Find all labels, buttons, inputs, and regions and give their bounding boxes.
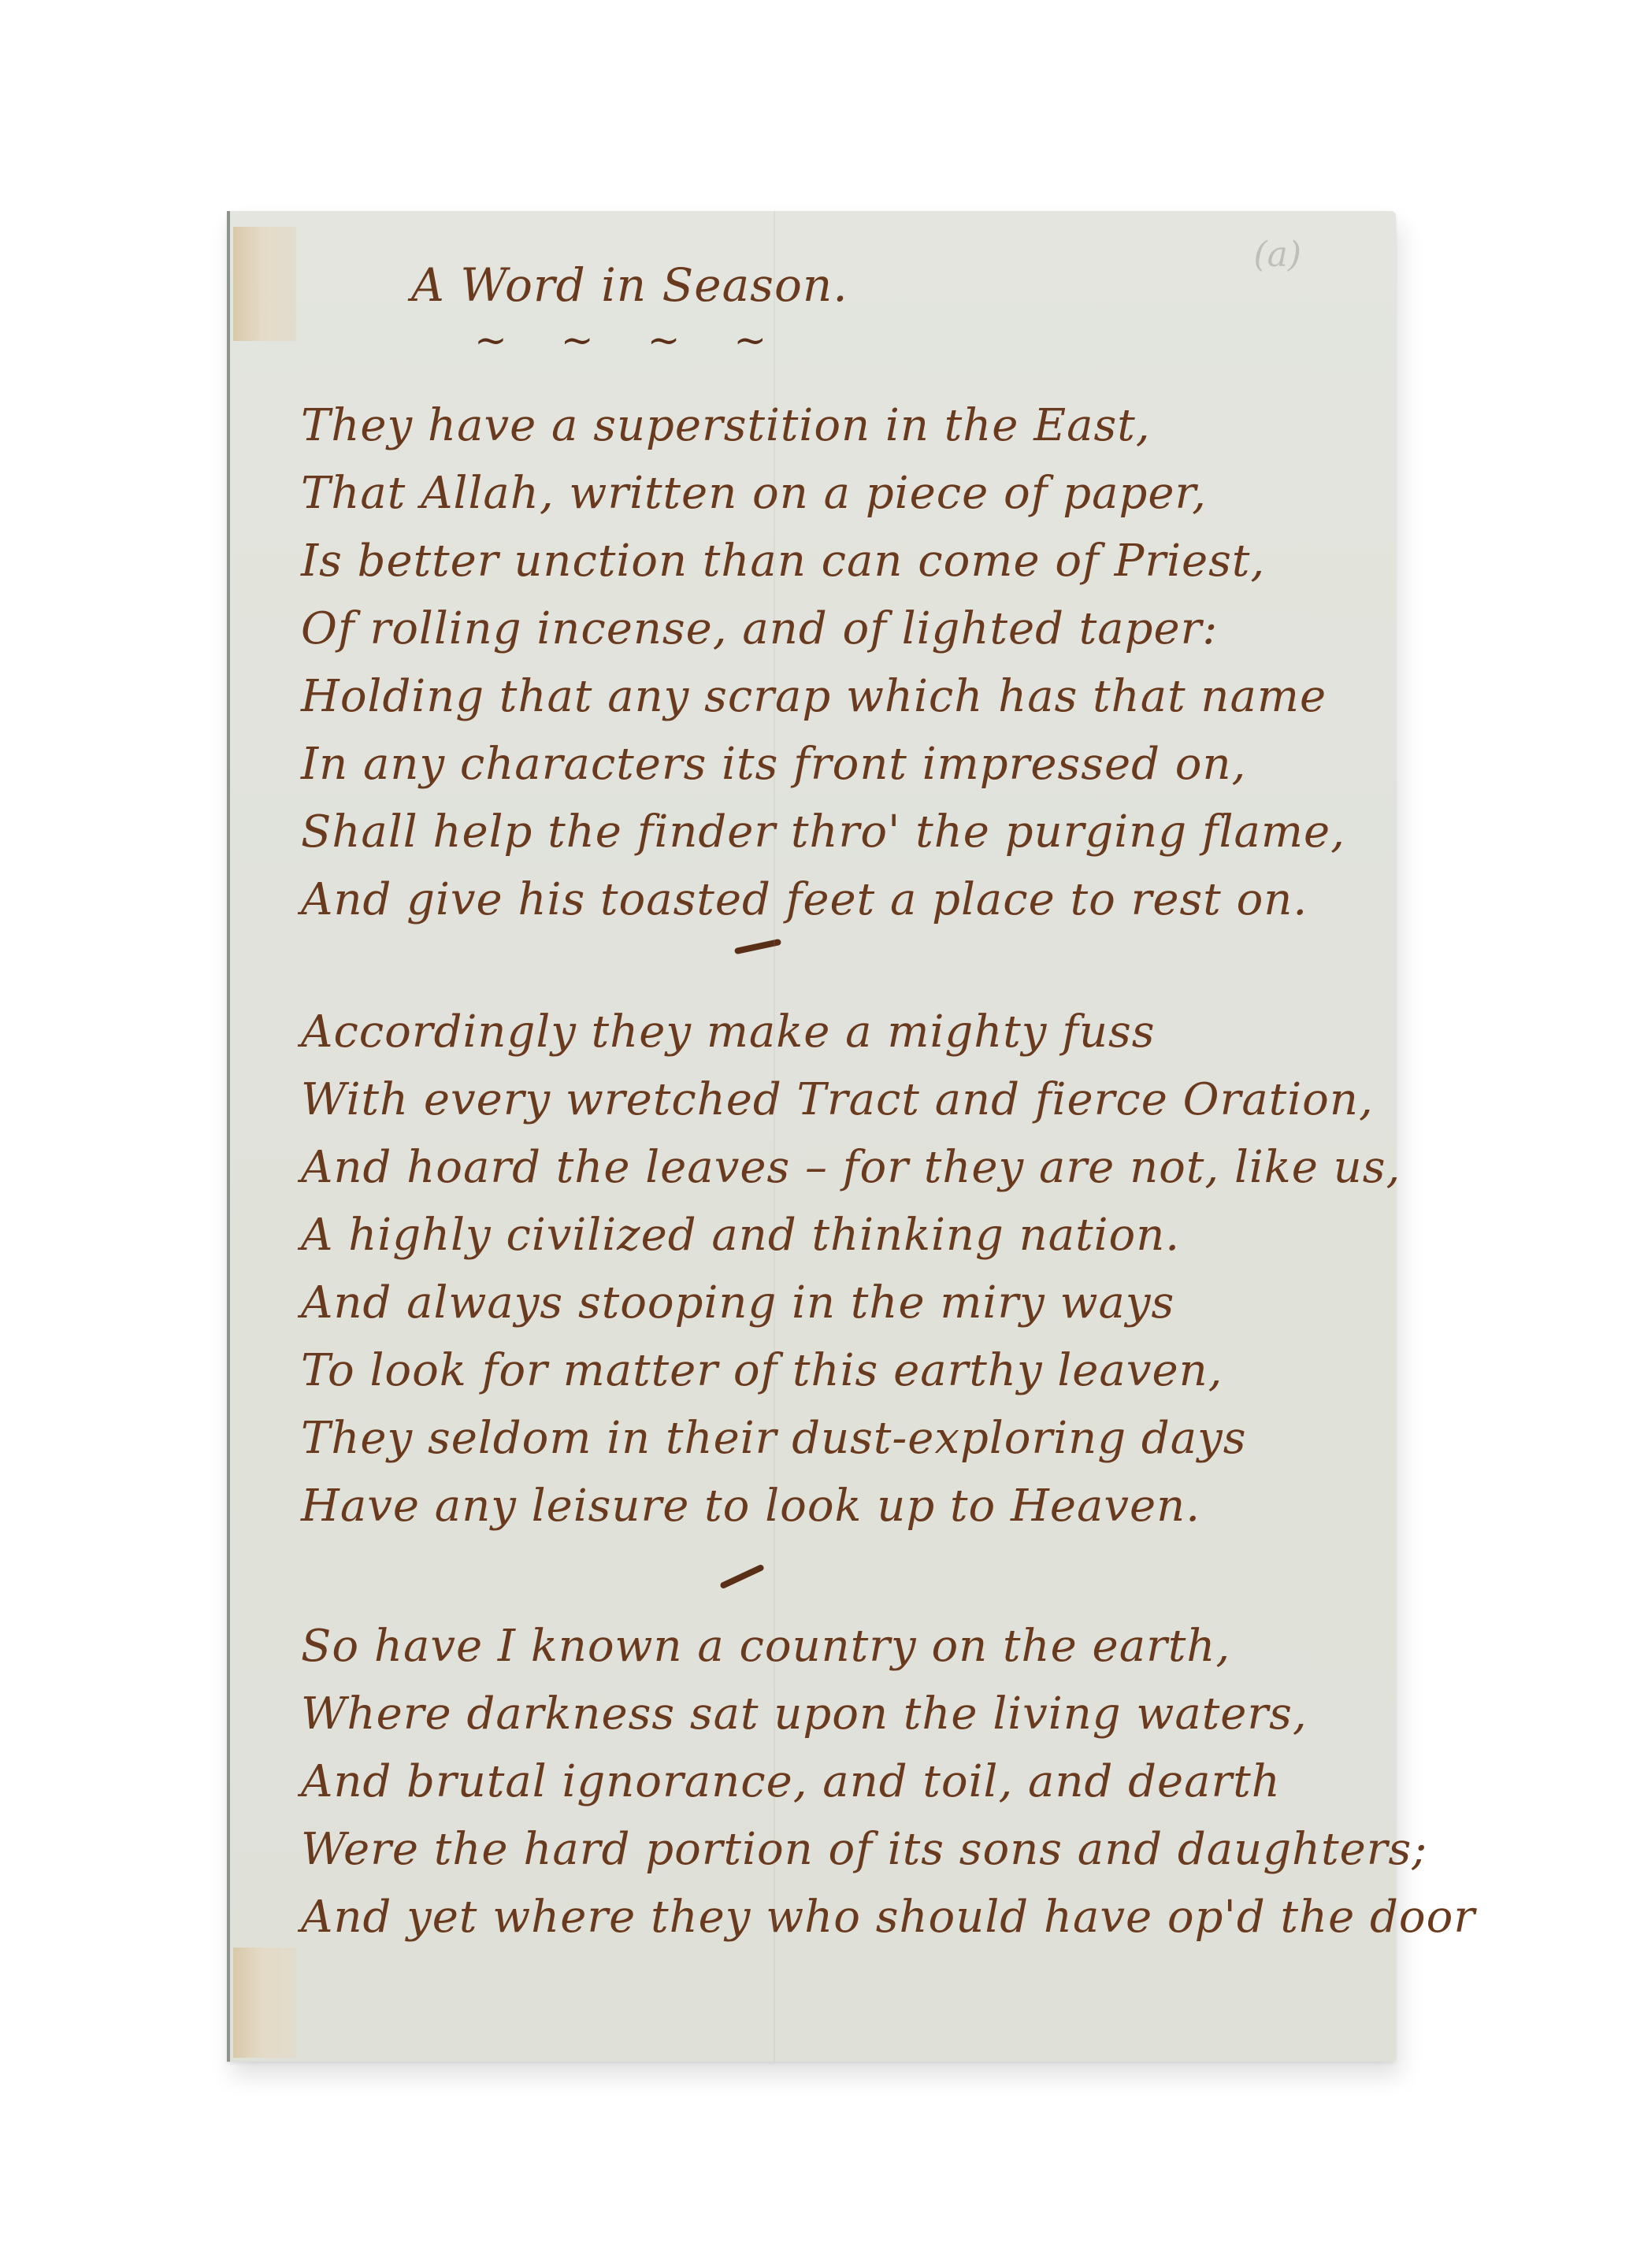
manuscript-page: (a) A Word in Season. ~ ~ ~ ~ They have …	[227, 211, 1396, 2062]
poem-line: And always stooping in the miry ways	[301, 1269, 1372, 1337]
poem-line: And give his toasted feet a place to res…	[301, 866, 1372, 934]
poem-line: Of rolling incense, and of lighted taper…	[301, 595, 1372, 663]
poem-line: So have I known a country on the earth,	[301, 1613, 1372, 1681]
stanza-3: So have I known a country on the earth, …	[301, 1613, 1372, 1951]
poem-line: Holding that any scrap which has that na…	[301, 663, 1372, 731]
poem-line: And hoard the leaves – for they are not,…	[301, 1134, 1372, 1202]
poem-line: And brutal ignorance, and toil, and dear…	[301, 1748, 1372, 1816]
poem-line: A highly civilized and thinking nation.	[301, 1202, 1372, 1269]
poem-title: A Word in Season.	[411, 258, 848, 312]
title-flourish: ~ ~ ~ ~	[474, 317, 767, 363]
poem-line: Have any leisure to look up to Heaven.	[301, 1473, 1372, 1540]
stanza-separator	[719, 1564, 765, 1590]
stanza-2: Accordingly they make a mighty fuss With…	[301, 999, 1372, 1540]
poem-line: And yet where they who should have op'd …	[301, 1884, 1372, 1951]
poem-line: Shall help the finder thro' the purging …	[301, 799, 1372, 866]
pencil-annotation: (a)	[1253, 235, 1301, 275]
poem-line: With every wretched Tract and fierce Ora…	[301, 1066, 1372, 1134]
poem-line: Where darkness sat upon the living water…	[301, 1681, 1372, 1748]
poem-line: In any characters its front impressed on…	[301, 731, 1372, 799]
poem-line: To look for matter of this earthy leaven…	[301, 1337, 1372, 1405]
poem-line: Is better unction than can come of Pries…	[301, 528, 1372, 595]
poem-line: That Allah, written on a piece of paper,	[301, 460, 1372, 528]
stanza-1: They have a superstition in the East, Th…	[301, 392, 1372, 934]
poem-line: Were the hard portion of its sons and da…	[301, 1816, 1372, 1884]
poem-line: Accordingly they make a mighty fuss	[301, 999, 1372, 1066]
poem-line: They seldom in their dust-exploring days	[301, 1405, 1372, 1473]
stanza-separator	[734, 939, 781, 954]
tape-remnant-top	[233, 227, 296, 341]
tape-remnant-bottom	[233, 1947, 296, 2058]
poem-line: They have a superstition in the East,	[301, 392, 1372, 460]
